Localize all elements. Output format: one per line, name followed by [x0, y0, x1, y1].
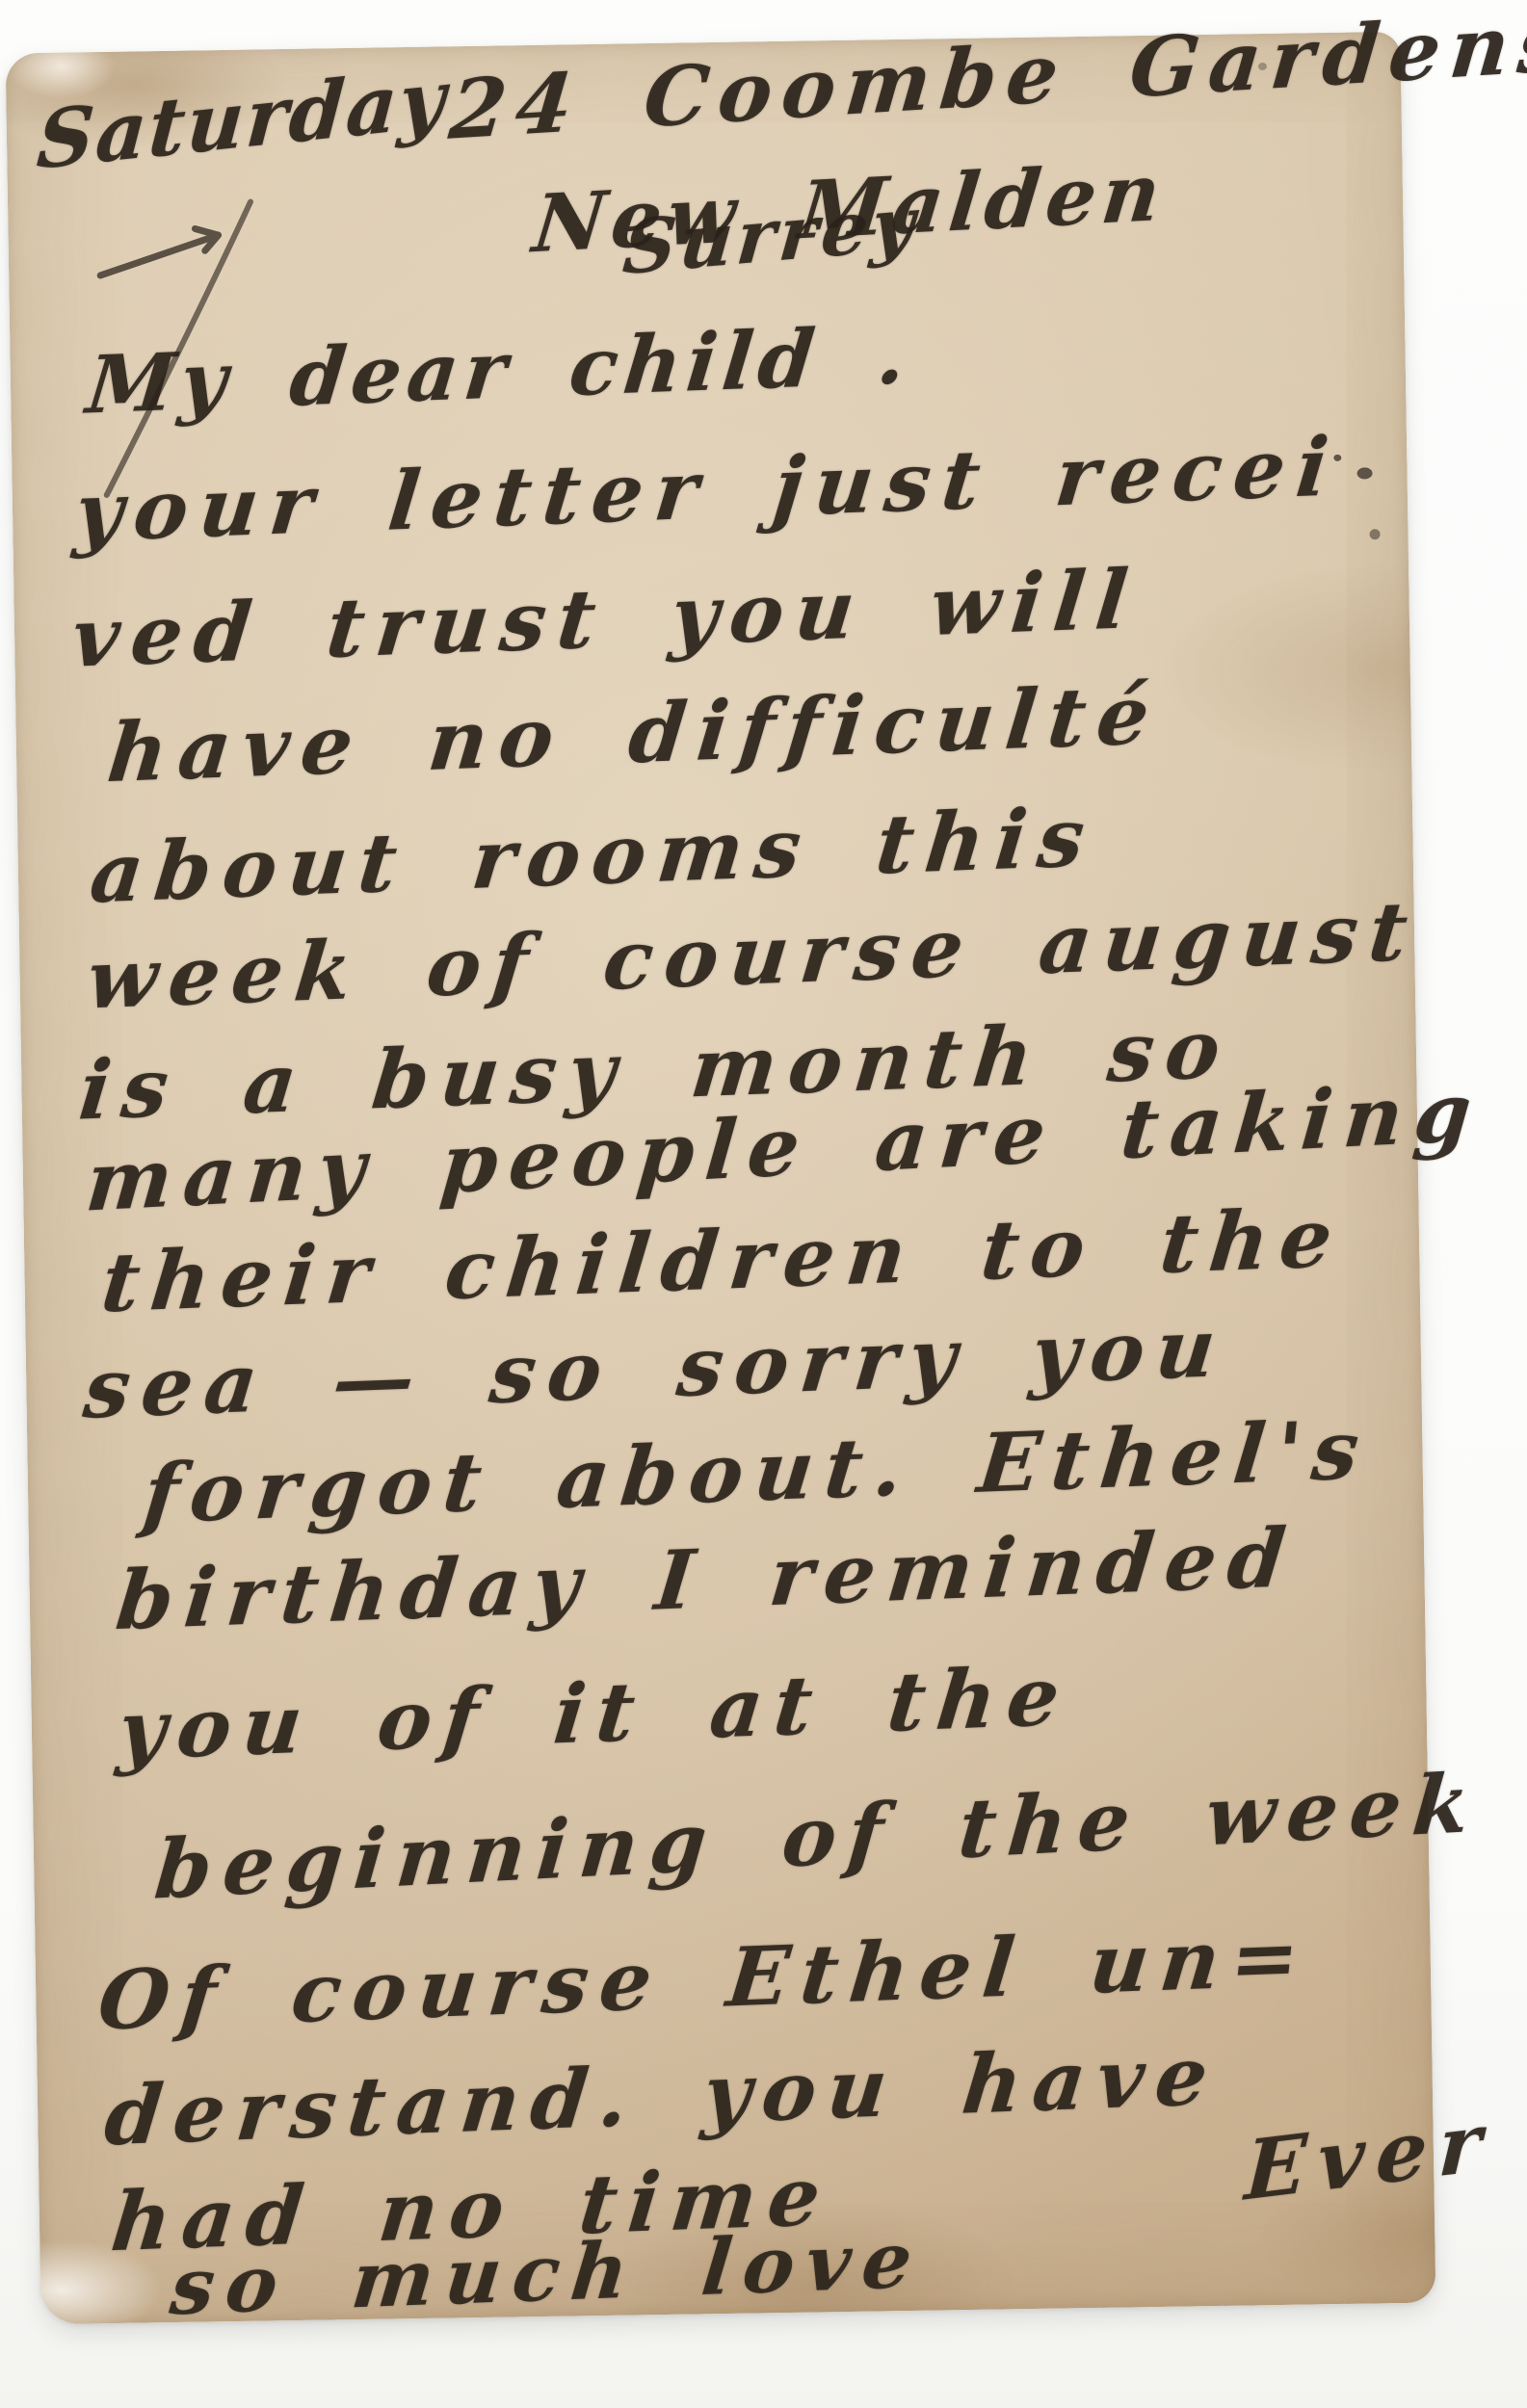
- letter-line: ved trust you will: [69, 563, 1143, 674]
- saturday-underline-arrow: [99, 228, 219, 275]
- ink-speck: [1356, 467, 1372, 479]
- salutation: My dear child .: [84, 321, 915, 422]
- ink-speck: [1370, 529, 1381, 539]
- letter-line: Ever: [1244, 2104, 1495, 2208]
- letter-line: about rooms this: [88, 800, 1099, 910]
- heading-address-3: Surrey: [620, 190, 921, 281]
- letter-line: sea — so sorry you: [81, 1311, 1230, 1426]
- photo-background: Saturday 24 Coombe Gardens New Malden Su…: [0, 0, 1527, 2408]
- postcard-paper: Saturday 24 Coombe Gardens New Malden Su…: [6, 32, 1436, 2324]
- letter-line: have no difficulté: [105, 678, 1165, 790]
- ink-speck: [1333, 455, 1341, 461]
- letter-line: derstand. you have: [102, 2039, 1223, 2153]
- ink-speck: [1258, 63, 1267, 70]
- letter-line: you of it at the: [115, 1660, 1073, 1767]
- letter-line: Of course Ethel un=: [95, 1920, 1314, 2037]
- heading-address-1: 24 Coombe Gardens: [447, 5, 1527, 147]
- letter-line: beginning of the week: [152, 1767, 1484, 1907]
- letter-line: so much love: [168, 2224, 927, 2321]
- heading-day: Saturday: [35, 64, 449, 178]
- letter-line: birthday I reminded: [113, 1521, 1300, 1637]
- letter-line: your letter just recei: [72, 430, 1343, 549]
